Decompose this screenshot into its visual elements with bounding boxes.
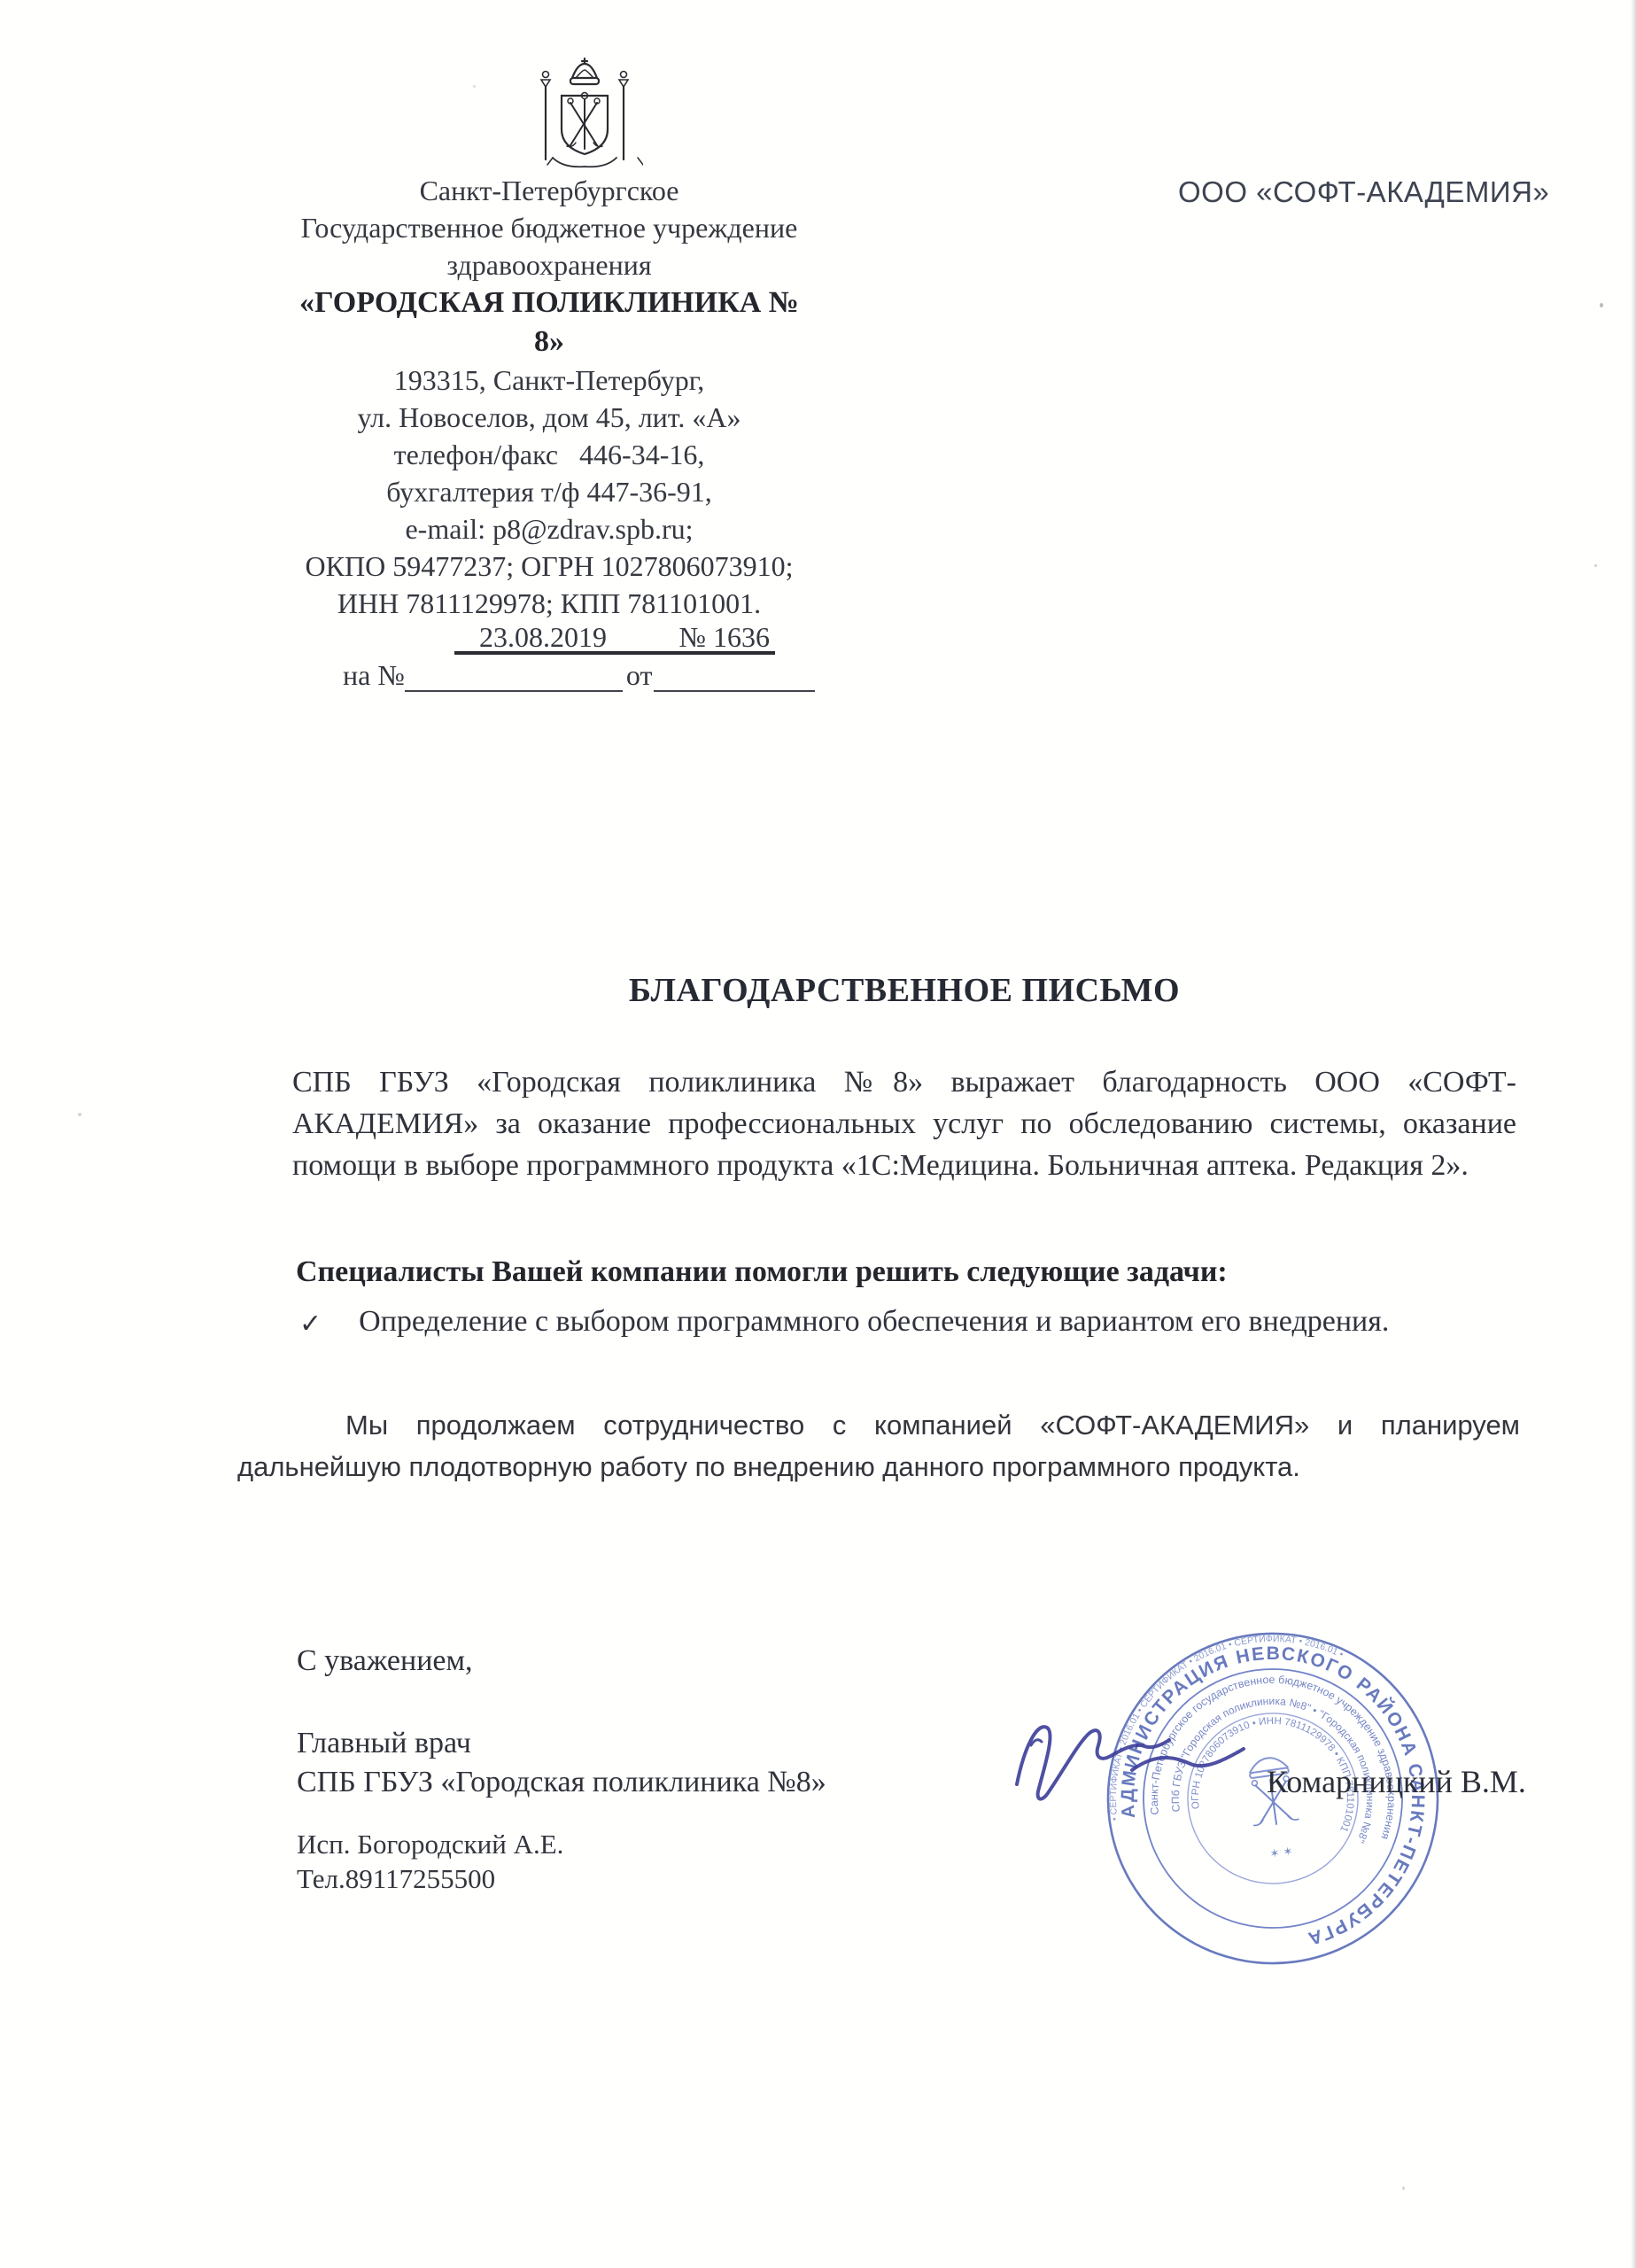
address-line: e-mail: p8@zdrav.spb.ru;: [291, 510, 808, 548]
scan-edge-shadow: [1631, 0, 1636, 2268]
org-line: здравоохранения: [291, 246, 808, 283]
handwritten-signature: [999, 1694, 1291, 1827]
letterhead: Санкт-Петербургское Государственное бюдж…: [291, 172, 808, 622]
scanned-letter-page: Санкт-Петербургское Государственное бюдж…: [0, 0, 1636, 2268]
checkmark-icon: ✓: [299, 1305, 322, 1344]
task-text: Определение с выбором программного обесп…: [359, 1305, 1389, 1339]
letter-number: № 1636: [678, 621, 770, 651]
address-line: ул. Новоселов, дом 45, лит. «А»: [291, 399, 808, 436]
letter-title: БЛАГОДАРСТВЕННОЕ ПИСЬМО: [292, 971, 1516, 1010]
signer-position-line: СПБ ГБУЗ «Городская поликлиника №8»: [297, 1763, 826, 1802]
org-line: Государственное бюджетное учреждение: [291, 209, 808, 246]
tasks-heading: Специалисты Вашей компании помогли решит…: [296, 1255, 1228, 1289]
signer-position: Главный врач СПБ ГБУЗ «Городская поликли…: [297, 1724, 826, 1802]
org-name-line: «ГОРОДСКАЯ ПОЛИКЛИНИКА №: [291, 283, 808, 322]
address-line: ОКПО 59477237; ОГРН 1027806073910;: [291, 548, 808, 585]
address-line: 193315, Санкт-Петербург,: [291, 361, 808, 399]
task-list-item: ✓ Определение с выбором программного обе…: [299, 1305, 1516, 1344]
body-paragraph-gratitude: СПБ ГБУЗ «Городская поликлиника №8» выра…: [292, 1061, 1516, 1186]
scan-speck: [1600, 303, 1603, 307]
scan-speck: [1594, 564, 1597, 567]
reference-line: на № от: [343, 658, 815, 692]
scan-speck: [1402, 2186, 1405, 2190]
signer-position-line: Главный врач: [297, 1724, 826, 1763]
address-line: бухгалтерия т/ф 447-36-91,: [291, 473, 808, 510]
stamp-stars: ✶ ✶: [1269, 1845, 1294, 1861]
date-number-line: 23.08.2019 № 1636: [454, 621, 775, 655]
address-line: телефон/факс 446-34-16,: [291, 436, 808, 473]
scan-speck: [473, 85, 476, 88]
ref-prefix: на №: [343, 659, 405, 692]
letter-date: 23.08.2019: [479, 621, 607, 651]
closing-salutation: С уважением,: [297, 1644, 473, 1678]
executor-line: Исп. Богородский А.Е.: [297, 1827, 563, 1861]
recipient-name: ООО «СОФТ-АКАДЕМИЯ»: [1178, 175, 1549, 209]
org-name-line: 8»: [291, 322, 808, 361]
address-line: ИНН 7811129978; КПП 781101001.: [291, 585, 808, 622]
org-line: Санкт-Петербургское: [291, 172, 808, 209]
body-paragraph-cooperation: Мы продолжаем сотрудничество с компанией…: [237, 1404, 1520, 1487]
scan-speck: [78, 1113, 81, 1116]
ref-blank-line: [405, 658, 623, 692]
ref-blank-line: [654, 658, 815, 692]
executor-line: Тел.89117255500: [297, 1861, 563, 1896]
ref-infix: от: [626, 659, 653, 692]
executor-info: Исп. Богородский А.Е. Тел.89117255500: [297, 1827, 563, 1896]
signer-name: Комарницкий В.М.: [1267, 1763, 1526, 1800]
coat-of-arms-icon: [526, 51, 643, 177]
